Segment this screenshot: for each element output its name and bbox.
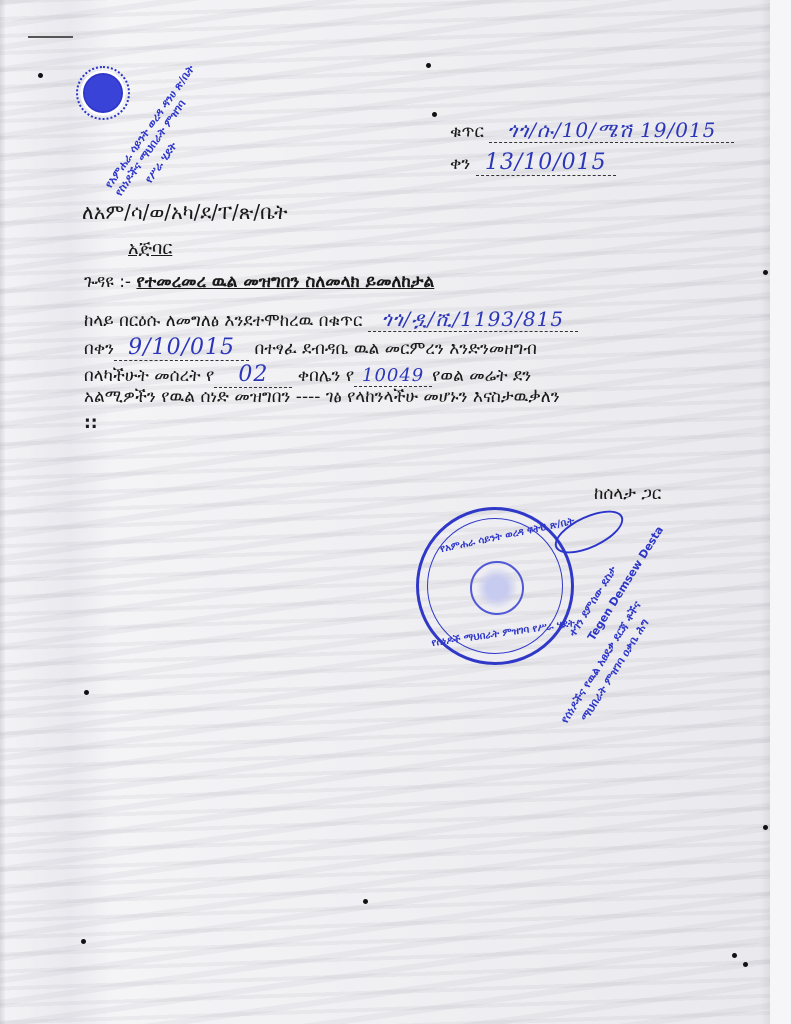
body-text: የወል መሬት ደን bbox=[432, 366, 531, 386]
seal-top-text: የአምሐራ ሳይንት ወረዳ ፍትህ ጽ/ቤት bbox=[439, 516, 575, 555]
page-margin bbox=[770, 0, 791, 1024]
scan-dot bbox=[432, 112, 437, 117]
recipient-location: አጅባር bbox=[128, 238, 172, 259]
letter-ref-fill: ጎጎ/ዷ/ሺ/1193/815 bbox=[368, 307, 578, 332]
scan-dot bbox=[81, 939, 86, 944]
scan-dot bbox=[732, 953, 737, 958]
scan-dot bbox=[363, 899, 368, 904]
scan-dot bbox=[743, 962, 748, 967]
body-line-5: :: bbox=[84, 413, 98, 433]
body-line-2: በቀን9/10/015 በተፃፈ ደብዳቤ ዉል መርምረን እንድንመዘግብ bbox=[84, 335, 537, 361]
body-text: በቀን bbox=[84, 339, 114, 359]
seal-emblem-icon bbox=[470, 561, 524, 615]
closing-greeting: ከሰላታ ጋር bbox=[594, 484, 661, 504]
office-logo-stamp bbox=[80, 70, 126, 116]
count-fill: 10049 bbox=[354, 365, 432, 387]
date-value: 13/10/015 bbox=[476, 150, 616, 176]
reference-value: ጎጎ/ሱ/10/ሜሽ 19/015 bbox=[489, 118, 734, 143]
scan-dot bbox=[426, 63, 431, 68]
body-line-1: ከላይ በርዕሱ ለመግለፅ እንደተሞከረዉ በቁጥር ጎጎ/ዷ/ሺ/1193… bbox=[84, 307, 578, 332]
body-line-3: በላካችሁት መሰረት የ02 ቀበሌን የ10049የወል መሬት ደን bbox=[84, 362, 531, 388]
subject-text: የተመረመረ ዉል መዝግበን ስለመላክ ይመለከታል bbox=[136, 272, 434, 292]
kebele-fill: 02 bbox=[214, 362, 292, 388]
scan-dot bbox=[84, 690, 89, 695]
date-line: ቀን 13/10/015 bbox=[450, 150, 616, 176]
body-text: ከላይ በርዕሱ ለመግለፅ እንደተሞከረዉ በቁጥር bbox=[84, 311, 362, 331]
body-text: ቀበሌን የ bbox=[298, 366, 354, 386]
date-label: ቀን bbox=[450, 154, 470, 174]
body-line-4: አልሚዎችን የዉል ሰነድ መዝግበን ---- ገፅ የላከንላችሁ መሆኑ… bbox=[84, 387, 560, 407]
scan-dot bbox=[763, 270, 768, 275]
subject-label: ጉዳዩ :- bbox=[84, 272, 131, 292]
scanned-letter-page bbox=[0, 0, 770, 1024]
scan-dot bbox=[38, 73, 43, 78]
scan-dot bbox=[763, 825, 768, 830]
body-text: በተፃፈ ደብዳቤ ዉል መርምረን እንድንመዘግብ bbox=[254, 339, 536, 359]
recipient: ለአም/ሳ/ወ/አካ/ደ/ፐ/ጽ/ቤት bbox=[82, 200, 287, 224]
official-seal: የአምሐራ ሳይንት ወረዳ ፍትህ ጽ/ቤት የሰነዶች ማህበራት ምዝገባ… bbox=[416, 507, 574, 665]
reference-number: ቁጥር ጎጎ/ሱ/10/ሜሽ 19/015 bbox=[450, 118, 734, 143]
body-text: በላካችሁት መሰረት የ bbox=[84, 366, 214, 386]
reference-label: ቁጥር bbox=[450, 122, 484, 142]
letter-date-fill: 9/10/015 bbox=[114, 335, 249, 361]
subject-line: ጉዳዩ :- የተመረመረ ዉል መዝግበን ስለመላክ ይመለከታል bbox=[84, 272, 434, 292]
scan-mark bbox=[28, 36, 73, 38]
